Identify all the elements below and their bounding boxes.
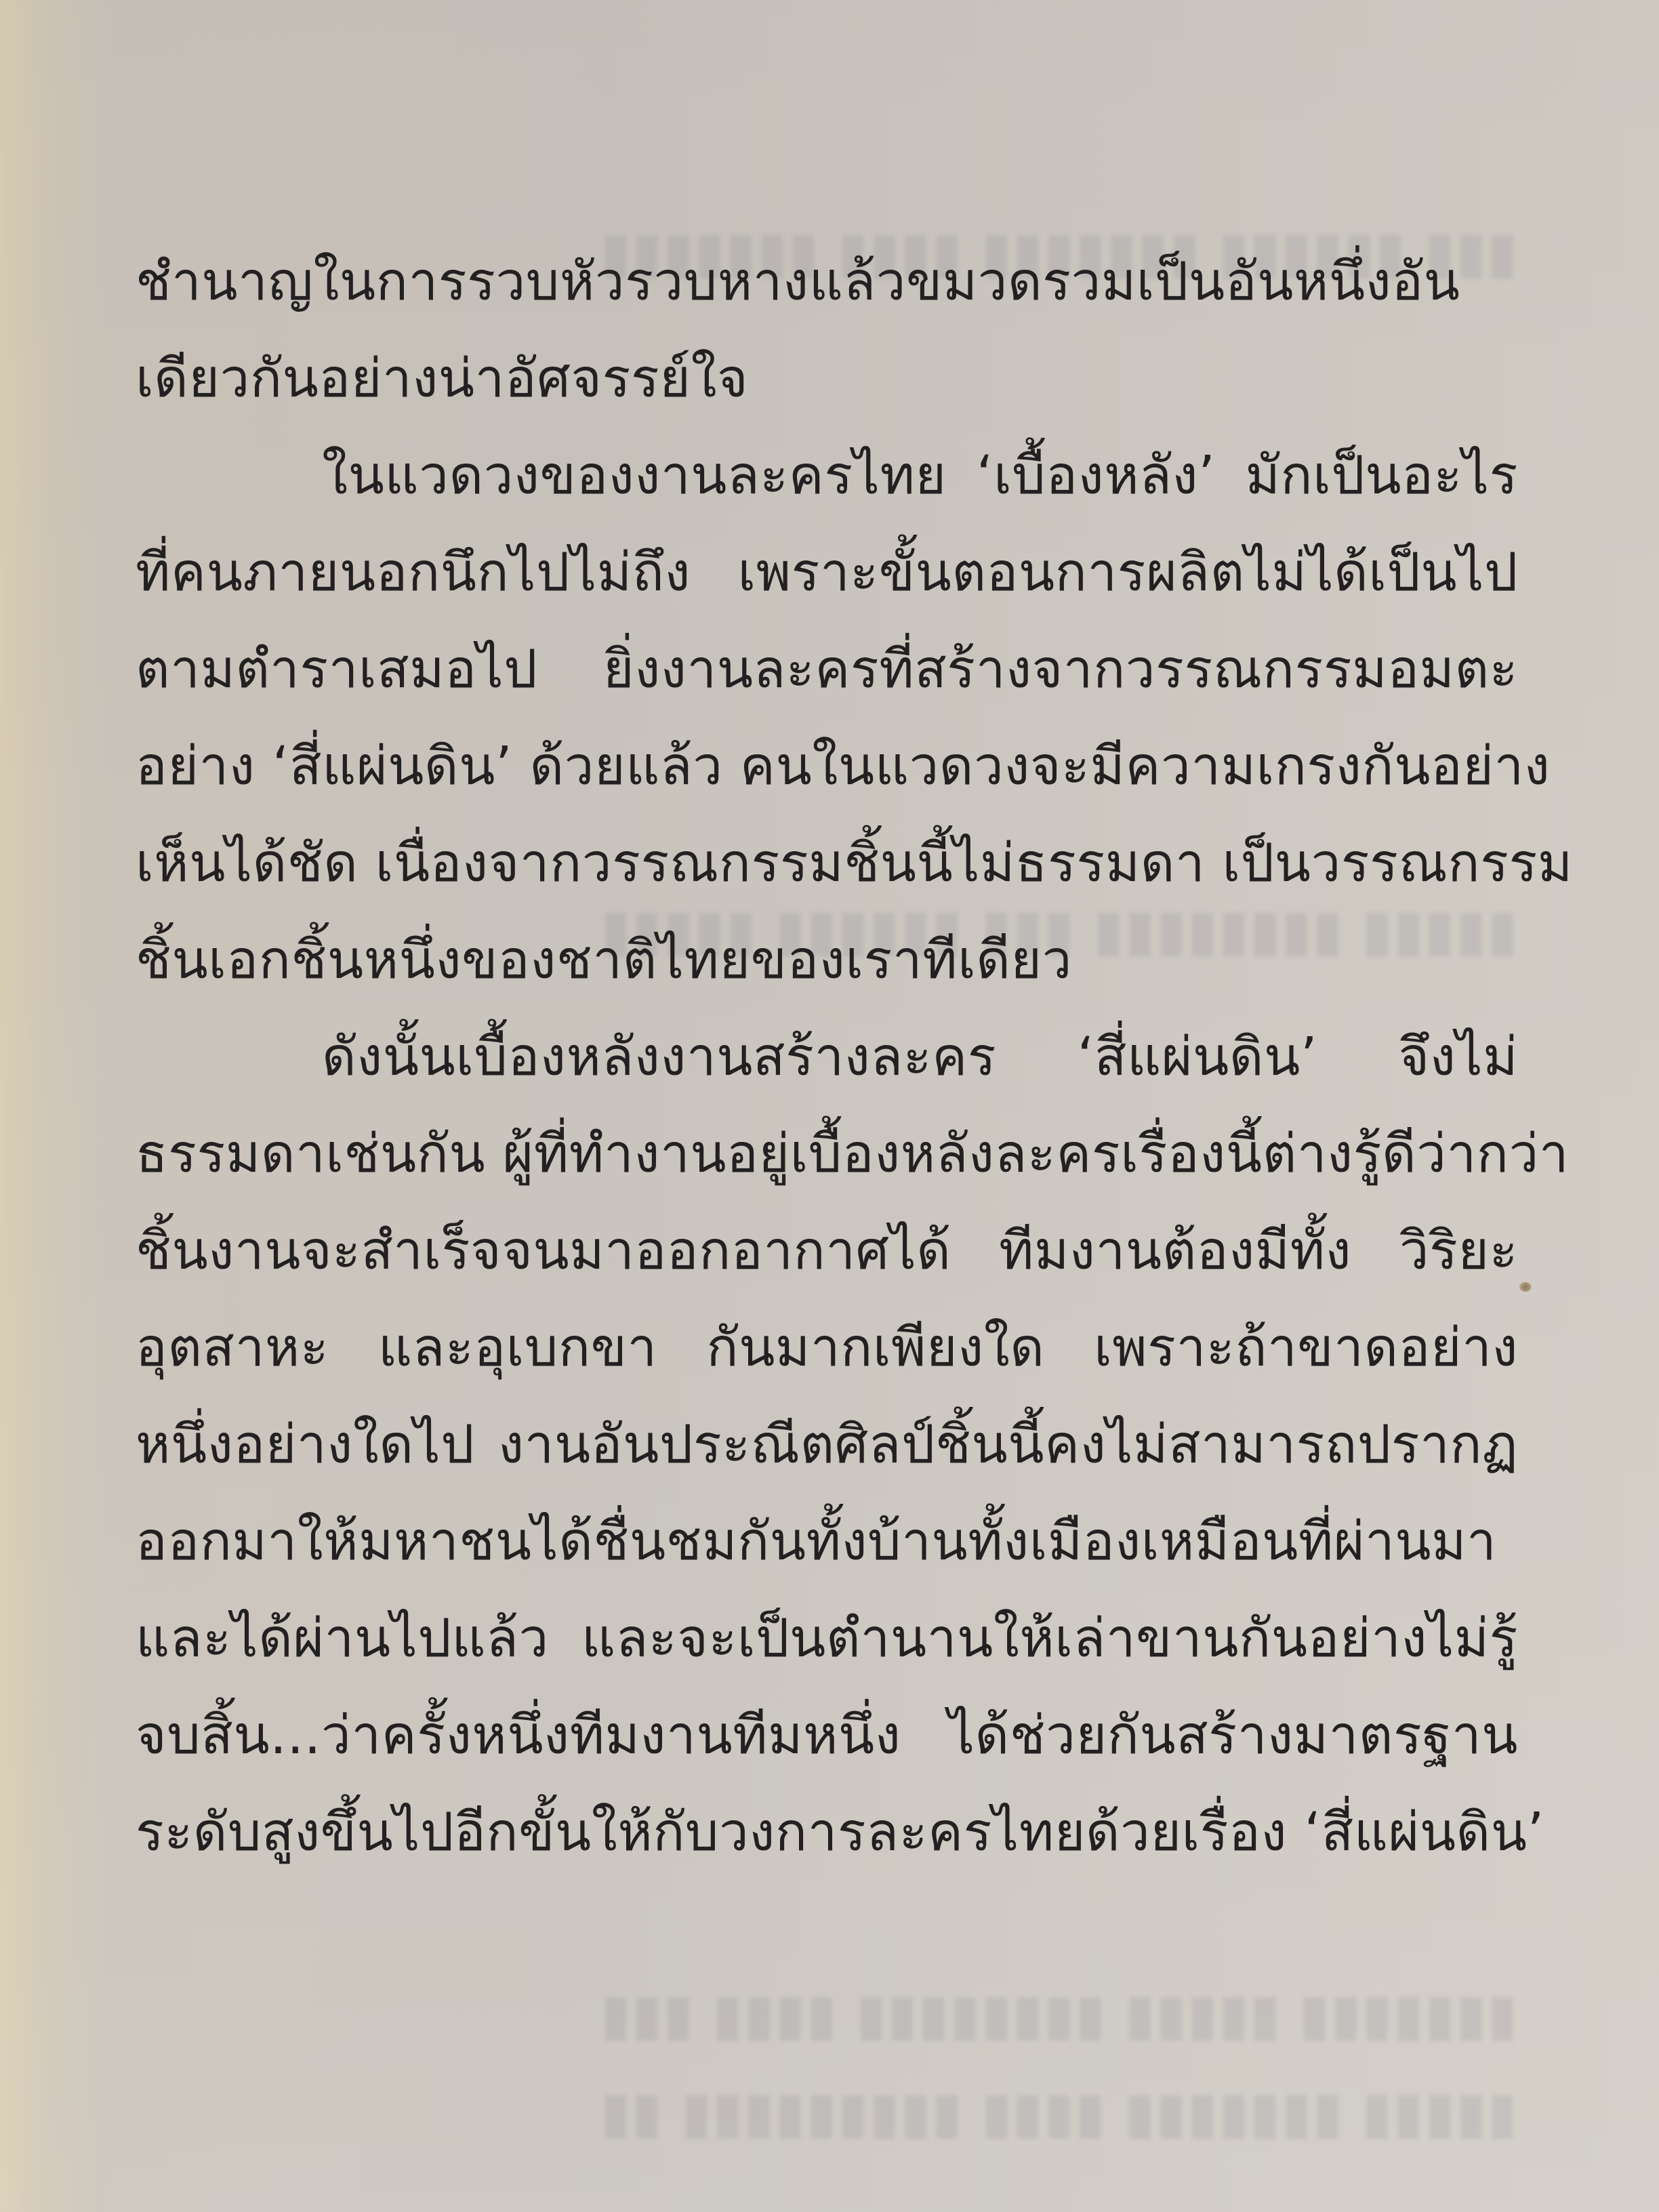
text-line: ที่คนภายนอกนึกไปไม่ถึง เพราะขั้นตอนการผล…: [136, 525, 1518, 621]
text-line: ชำนาญในการรวบหัวรวบหางแล้วขมวดรวมเป็นอัน…: [136, 234, 1518, 331]
paragraph-3: ดังนั้นเบื้องหลังงานสร้างละคร ‘สี่แผ่นดิ…: [136, 1009, 1518, 1881]
text-line: ในแวดวงของงานละครไทย ‘เบื้องหลัง’ มักเป็…: [136, 428, 1518, 525]
text-line: จบสิ้น...ว่าครั้งหนึ่งทีมงานทีมหนึ่ง ได้…: [136, 1687, 1518, 1784]
paragraph-1: ชำนาญในการรวบหัวรวบหางแล้วขมวดรวมเป็นอัน…: [136, 234, 1518, 428]
text-line: ระดับสูงขึ้นไปอีกขั้นให้กับวงการละครไทยด…: [136, 1784, 1518, 1881]
bleed-through-text-bottom: ▮▮▮▮▮▮▮ ▮▮▮▮▮ ▮▮▮▮▮▮▮▮ ▮▮▮▮ ▮▮▮▮▮▮▮▮ ▮▮▮…: [163, 1965, 1518, 2162]
text-line: ธรรมดาเช่นกัน ผู้ที่ทำงานอยู่เบื้องหลังล…: [136, 1106, 1518, 1203]
text-line: และได้ผ่านไปแล้ว และจะเป็นตำนานให้เล่าขา…: [136, 1591, 1518, 1687]
text-line: ออกมาให้มหาชนได้ชื่นชมกันทั้งบ้านทั้งเมื…: [136, 1494, 1518, 1591]
text-line: ตามตำราเสมอไป ยิ่งงานละครที่สร้างจากวรรณ…: [136, 621, 1518, 718]
text-line: ดังนั้นเบื้องหลังงานสร้างละคร ‘สี่แผ่นดิ…: [136, 1009, 1518, 1106]
text-line: เห็นได้ชัด เนื่องจากวรรณกรรมชิ้นนี้ไม่ธร…: [136, 815, 1518, 912]
text-line: หนึ่งอย่างใดไป งานอันประณีตศิลป์ชิ้นนี้ค…: [136, 1397, 1518, 1494]
text-line: อย่าง ‘สี่แผ่นดิน’ ด้วยแล้ว คนในแวดวงจะม…: [136, 718, 1518, 815]
book-page-body: ชำนาญในการรวบหัวรวบหางแล้วขมวดรวมเป็นอัน…: [136, 234, 1518, 1881]
paper-stain-spot: [1519, 1282, 1532, 1292]
text-line: เดียวกันอย่างน่าอัศจรรย์ใจ: [136, 331, 1518, 428]
text-line: ชิ้นงานจะสำเร็จจนมาออกอากาศได้ ทีมงานต้อ…: [136, 1203, 1518, 1300]
text-line: อุตสาหะ และอุเบกขา กันมากเพียงใด เพราะถ้…: [136, 1300, 1518, 1397]
text-line: ชิ้นเอกชิ้นหนึ่งของชาติไทยของเราทีเดียว: [136, 912, 1518, 1009]
paragraph-2: ในแวดวงของงานละครไทย ‘เบื้องหลัง’ มักเป็…: [136, 428, 1518, 1009]
